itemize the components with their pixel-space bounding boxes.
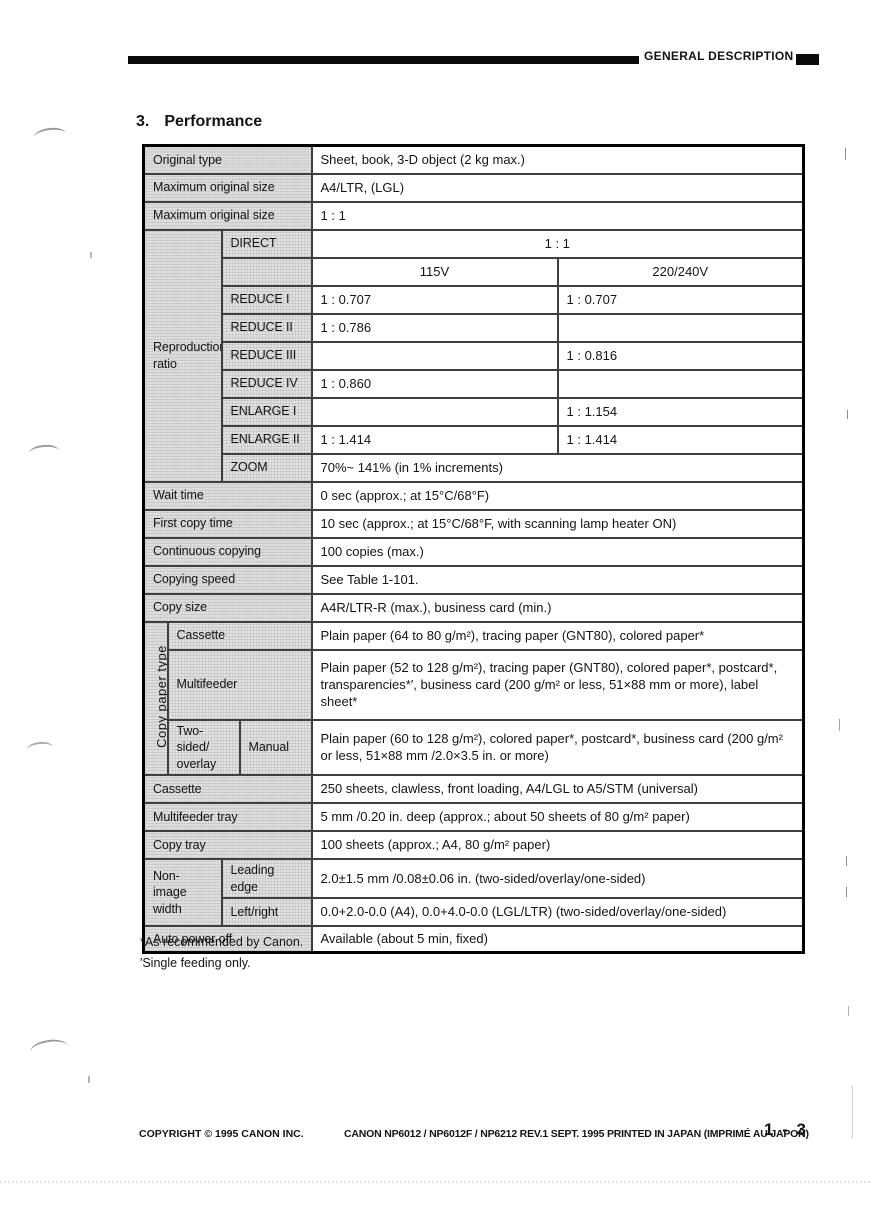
scan-artifact-curve — [33, 126, 67, 145]
spec-label: Copy tray — [144, 831, 312, 859]
spec-sublabel: ENLARGE I — [222, 398, 312, 426]
spec-label: Cassette — [144, 775, 312, 803]
header-rule-end-block — [796, 54, 819, 65]
spec-value-115: 1 : 0.786 — [312, 314, 558, 342]
scan-artifact-tick — [839, 719, 840, 731]
row-copying-speed: Copying speed See Table 1-101. — [144, 566, 804, 594]
spec-value-220 — [558, 370, 804, 398]
non-image-width-label: Non-image width — [144, 859, 222, 926]
scan-artifact-tick — [846, 887, 847, 897]
spec-value: 1 : 1 — [312, 230, 804, 258]
spec-value-220: 1 : 1.414 — [558, 426, 804, 454]
scan-artifact-tick — [845, 148, 846, 160]
performance-spec-table: Original type Sheet, book, 3-D object (2… — [142, 144, 805, 954]
scan-artifact-curve — [29, 1037, 70, 1062]
spec-sublabel: Left/right — [222, 898, 312, 926]
scan-artifact-line — [852, 1086, 853, 1138]
spec-label: Continuous copying — [144, 538, 312, 566]
spec-label: Copying speed — [144, 566, 312, 594]
header-rule-bar — [128, 56, 639, 64]
spec-value: 0.0+2.0-0.0 (A4), 0.0+4.0-0.0 (LGL/LTR) … — [312, 898, 804, 926]
spec-value: A4/LTR, (LGL) — [312, 174, 804, 202]
scan-artifact-curve — [28, 444, 59, 461]
spec-value: A4R/LTR-R (max.), business card (min.) — [312, 594, 804, 622]
spec-value: See Table 1-101. — [312, 566, 804, 594]
document-page: GENERAL DESCRIPTION 3.Performance Origin… — [0, 0, 870, 1214]
spec-sublabel: Multifeeder — [168, 650, 312, 720]
row-leading-edge: Non-image width Leading edge 2.0±1.5 mm … — [144, 859, 804, 898]
footer-page-number: 1 - 3 — [764, 1120, 808, 1140]
spec-sublabel: REDUCE I — [222, 286, 312, 314]
spec-value: 5 mm /0.20 in. deep (approx.; about 50 s… — [312, 803, 804, 831]
spec-value-115: 1 : 1.414 — [312, 426, 558, 454]
spec-sublabel: DIRECT — [222, 230, 312, 258]
row-first-copy-time: First copy time 10 sec (approx.; at 15°C… — [144, 510, 804, 538]
footnote-asterisk: *As recommended by Canon. — [140, 932, 303, 953]
spec-value: Plain paper (52 to 128 g/m²), tracing pa… — [312, 650, 804, 720]
row-max-original-size-2: Maximum original size 1 : 1 — [144, 202, 804, 230]
copy-paper-type-vertical-label: Copy paper type — [144, 622, 168, 776]
scan-artifact-bottom-rule — [0, 1181, 870, 1183]
row-reduce-4: REDUCE IV 1 : 0.860 — [144, 370, 804, 398]
spec-value: Plain paper (64 to 80 g/m²), tracing pap… — [312, 622, 804, 650]
row-wait-time: Wait time 0 sec (approx.; at 15°C/68°F) — [144, 482, 804, 510]
section-header-title: GENERAL DESCRIPTION — [644, 49, 794, 63]
spec-value: 1 : 1 — [312, 202, 804, 230]
row-multifeeder-tray: Multifeeder tray 5 mm /0.20 in. deep (ap… — [144, 803, 804, 831]
spec-value: 10 sec (approx.; at 15°C/68°F, with scan… — [312, 510, 804, 538]
spec-sublabel: Two-sided/ overlay — [168, 720, 240, 776]
scan-artifact-curve — [26, 741, 53, 757]
footer-copyright: COPYRIGHT © 1995 CANON INC. — [139, 1128, 304, 1140]
spec-value-115: 1 : 0.707 — [312, 286, 558, 314]
voltage-220-header: 220/240V — [558, 258, 804, 286]
footnotes: *As recommended by Canon. ′Single feedin… — [140, 932, 303, 974]
scan-artifact-tick — [846, 856, 847, 866]
spec-label: First copy time — [144, 510, 312, 538]
spec-label: Wait time — [144, 482, 312, 510]
spec-sublabel: REDUCE II — [222, 314, 312, 342]
row-two-sided-overlay: Two-sided/ overlay Manual Plain paper (6… — [144, 720, 804, 776]
row-cassette-paper: Copy paper type Cassette Plain paper (64… — [144, 622, 804, 650]
spec-label: Multifeeder tray — [144, 803, 312, 831]
title-number: 3. — [136, 113, 149, 131]
scan-artifact-dot — [88, 1076, 90, 1083]
scan-artifact-dot — [90, 252, 92, 258]
row-enlarge-1: ENLARGE I 1 : 1.154 — [144, 398, 804, 426]
spec-value: Sheet, book, 3-D object (2 kg max.) — [312, 146, 804, 174]
spec-value-115 — [312, 342, 558, 370]
spec-value-220: 1 : 1.154 — [558, 398, 804, 426]
spec-sublabel: Leading edge — [222, 859, 312, 898]
scan-artifact-tick — [848, 1006, 849, 1016]
row-reduce-2: REDUCE II 1 : 0.786 — [144, 314, 804, 342]
scan-artifact-tick — [847, 410, 848, 419]
spec-value-220: 1 : 0.707 — [558, 286, 804, 314]
reproduction-ratio-label: Reproduction ratio — [144, 230, 222, 482]
spec-sublabel: Cassette — [168, 622, 312, 650]
row-reduce-1: REDUCE I 1 : 0.707 1 : 0.707 — [144, 286, 804, 314]
row-copy-size: Copy size A4R/LTR-R (max.), business car… — [144, 594, 804, 622]
spec-label: Maximum original size — [144, 202, 312, 230]
spec-label: Copy size — [144, 594, 312, 622]
row-multifeeder-paper: Multifeeder Plain paper (52 to 128 g/m²)… — [144, 650, 804, 720]
row-max-original-size-1: Maximum original size A4/LTR, (LGL) — [144, 174, 804, 202]
spec-value: 100 copies (max.) — [312, 538, 804, 566]
spec-value: Plain paper (60 to 128 g/m²), colored pa… — [312, 720, 804, 776]
spec-label: Original type — [144, 146, 312, 174]
spec-value: 2.0±1.5 mm /0.08±0.06 in. (two-sided/ove… — [312, 859, 804, 898]
copy-paper-type-text: Copy paper type — [153, 645, 168, 748]
row-direct: Reproduction ratio DIRECT 1 : 1 — [144, 230, 804, 258]
spec-sublabel: ZOOM — [222, 454, 312, 482]
spec-value-220: 1 : 0.816 — [558, 342, 804, 370]
spec-sublabel: REDUCE IV — [222, 370, 312, 398]
spec-value: 0 sec (approx.; at 15°C/68°F) — [312, 482, 804, 510]
row-reduce-3: REDUCE III 1 : 0.816 — [144, 342, 804, 370]
spec-value: 250 sheets, clawless, front loading, A4/… — [312, 775, 804, 803]
row-voltage-headers: 115V 220/240V — [144, 258, 804, 286]
spec-value-220 — [558, 314, 804, 342]
spec-sublabel-manual: Manual — [240, 720, 312, 776]
page-title: 3.Performance — [136, 113, 262, 131]
spec-value-115 — [312, 398, 558, 426]
spec-value: 70%~ 141% (in 1% increments) — [312, 454, 804, 482]
spec-sublabel: REDUCE III — [222, 342, 312, 370]
row-continuous-copying: Continuous copying 100 copies (max.) — [144, 538, 804, 566]
row-copy-tray: Copy tray 100 sheets (approx.; A4, 80 g/… — [144, 831, 804, 859]
spec-value-115: 1 : 0.860 — [312, 370, 558, 398]
title-text: Performance — [164, 113, 262, 130]
spec-value: 100 sheets (approx.; A4, 80 g/m² paper) — [312, 831, 804, 859]
spec-sublabel-empty — [222, 258, 312, 286]
row-zoom: ZOOM 70%~ 141% (in 1% increments) — [144, 454, 804, 482]
row-left-right: Left/right 0.0+2.0-0.0 (A4), 0.0+4.0-0.0… — [144, 898, 804, 926]
voltage-115-header: 115V — [312, 258, 558, 286]
spec-label: Maximum original size — [144, 174, 312, 202]
row-original-type: Original type Sheet, book, 3-D object (2… — [144, 146, 804, 174]
footer-model-info: CANON NP6012 / NP6012F / NP6212 REV.1 SE… — [344, 1128, 809, 1140]
footnote-dagger: ′Single feeding only. — [140, 953, 303, 974]
row-cassette-capacity: Cassette 250 sheets, clawless, front loa… — [144, 775, 804, 803]
row-enlarge-2: ENLARGE II 1 : 1.414 1 : 1.414 — [144, 426, 804, 454]
spec-value: Available (about 5 min, fixed) — [312, 926, 804, 952]
spec-sublabel: ENLARGE II — [222, 426, 312, 454]
